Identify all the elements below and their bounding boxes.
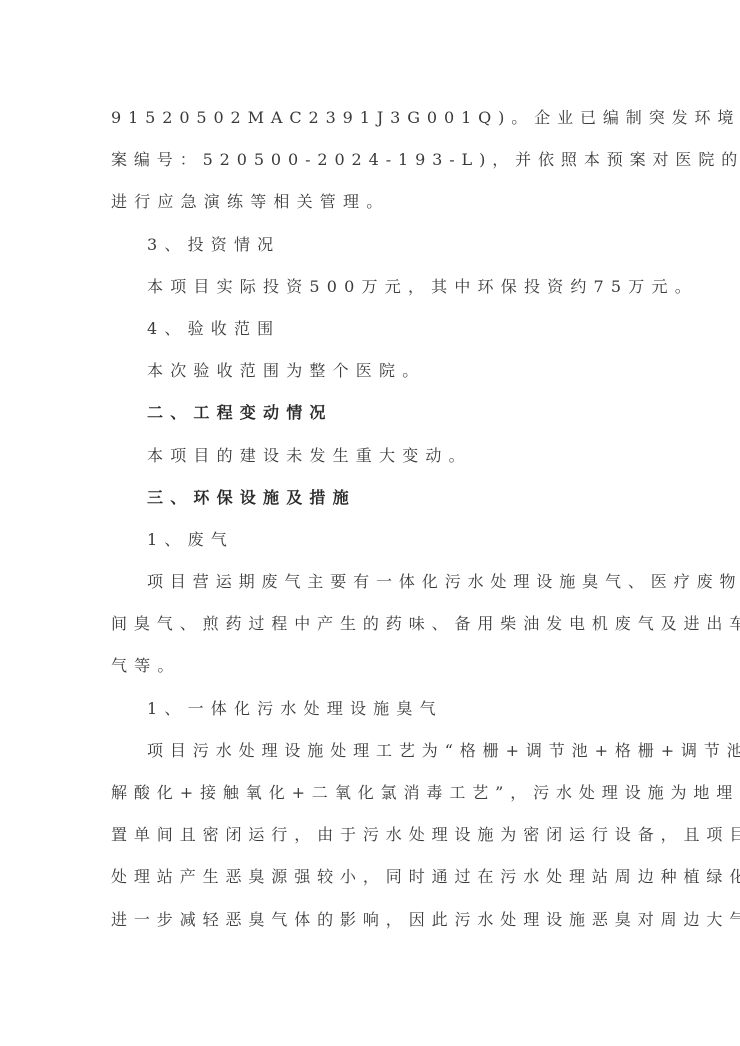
section-subheading: 4、验收范围 [111,315,627,357]
paragraph-line: 解酸化+接触氧化+二氧化氯消毒工艺”，污水处理设施为地埋式，设 [111,779,627,821]
section-subheading: 1、一体化污水处理设施臭气 [111,695,627,737]
paragraph-line: 本项目的建设未发生重大变动。 [111,442,627,484]
paragraph-line: 气等。 [111,652,627,694]
paragraph-line: 间臭气、煎药过程中产生的药味、备用柴油发电机废气及进出车辆尾 [111,610,627,652]
paragraph-line: 91520502MAC2391J3G001Q)。企业已编制突发环境事件应急预案(… [111,104,627,146]
paragraph-line: 进行应急演练等相关管理。 [111,188,627,230]
paragraph-line: 项目营运期废气主要有一体化污水处理设施臭气、医疗废物暂存 [111,568,627,610]
section-heading: 三、环保设施及措施 [111,484,627,526]
section-heading: 二、工程变动情况 [111,399,627,441]
paragraph-line: 项目污水处理设施处理工艺为“格栅+调节池+格栅+调节池+水 [111,737,627,779]
paragraph-line: 进一步减轻恶臭气体的影响，因此污水处理设施恶臭对周边大气环境 [111,906,627,948]
paragraph-line: 案编号：520500-2024-193-L)，并依照本预案对医院的突发环境事件 [111,146,627,188]
paragraph-line: 置单间且密闭运行，由于污水处理设施为密闭运行设备，且项目污水 [111,821,627,863]
paragraph-line: 处理站产生恶臭源强较小，同时通过在污水处理站周边种植绿化带可 [111,863,627,905]
section-subheading: 1、废气 [111,526,627,568]
paragraph-line: 本次验收范围为整个医院。 [111,357,627,399]
paragraph-line: 本项目实际投资500万元，其中环保投资约75万元。 [111,273,627,315]
document-page: 91520502MAC2391J3G001Q)。企业已编制突发环境事件应急预案(… [111,104,627,948]
section-subheading: 3、投资情况 [111,231,627,273]
